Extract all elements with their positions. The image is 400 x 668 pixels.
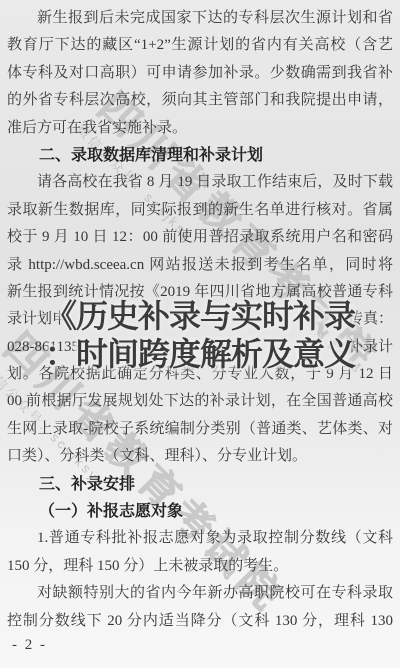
text-line: 请各高校在我省 8 月 19 日录取工作结束后，及时下载: [7, 169, 393, 196]
text-line: 体专科及对口高职）可申请参加补录。少数确需到我省补录: [7, 60, 393, 87]
text-line: 生网上录取-院校子系统编制分类别（普通类、艺体类、对: [7, 416, 393, 443]
text-line: 的外省专科层次高校，须向其主管部门和我院提出申请，获: [7, 87, 393, 114]
text-line: 准后方可在我省实施补录。: [7, 115, 393, 142]
heading-line: （一）补报志愿对象: [7, 498, 393, 525]
overlay-title: 《历史补录与实时补录 ：时间跨度解析及意义: [0, 297, 400, 373]
text-line: 口类）、分科类（文科、理科）、分专业计划。: [7, 443, 393, 470]
text-line: 1.普通专科批补报志愿对象为录取控制分数线（文科: [7, 525, 393, 552]
text-line: 控制分数线下 20 分内适当降分（文科 130 分，理科 130 分）。: [7, 608, 393, 635]
text-line: 校于 9 月 10 日 12：00 前使用普招录取系统用户名和密码登: [7, 224, 393, 251]
text-line: 对缺额特别大的省内今年新办高职院校可在专科录取: [7, 580, 393, 607]
text-line: 录取新生数据库，同实际报到的新生名单进行核对。省属院: [7, 197, 393, 224]
document-page: 四川省教育考试院 微信公众号：scsjksy 四川省教育考试院 微信公众号：sc…: [0, 0, 400, 668]
overlay-title-line1: 《历史补录与实时补录: [0, 297, 400, 335]
heading-line: 三、补录安排: [7, 471, 393, 498]
text-line: 150 分，理科 150 分）上未被录取的考生。: [7, 553, 393, 580]
heading-line: 二、录取数据库清理和补录计划: [7, 142, 393, 169]
overlay-title-line2: ：时间跨度解析及意义: [0, 335, 400, 373]
text-line: 新生报到后未完成国家下达的专科层次生源计划和省: [7, 5, 393, 32]
text-line: 录 http://wbd.sceea.cn 网站报送未报到考生名单，同时将: [7, 252, 393, 279]
text-line: 00 前根据厅发展规划处下达的补录计划，在全国普通高校招: [7, 388, 393, 415]
text-line: 教育厅下达的藏区“1+2”生源计划的省内有关高校（含艺: [7, 32, 393, 59]
page-number: - 2 -: [12, 637, 47, 654]
